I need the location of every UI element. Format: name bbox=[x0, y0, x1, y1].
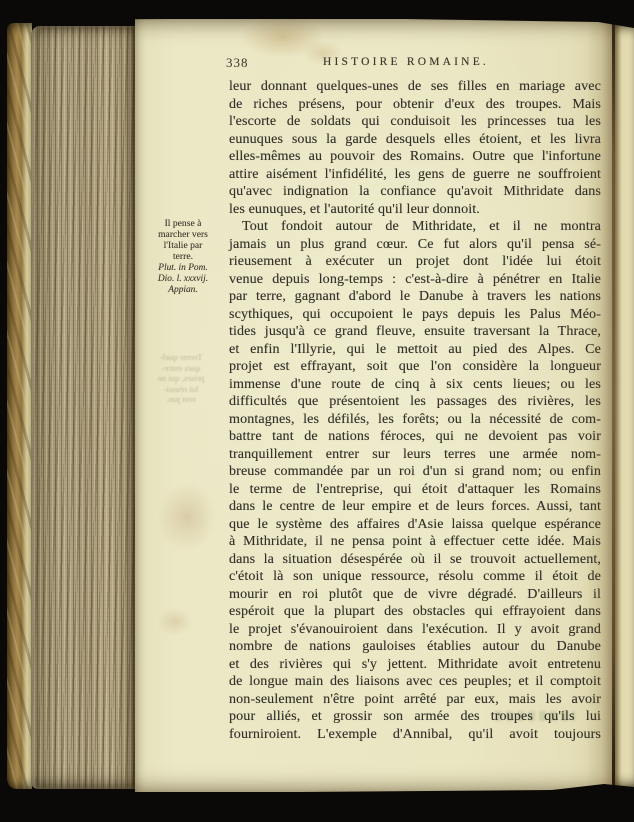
text-line: breuse commandée par un roi d'un si gran… bbox=[229, 463, 601, 481]
text-line: que le système des affaires d'Asie laiss… bbox=[229, 516, 601, 534]
photo-background: 338 HISTOIRE ROMAINE. Il pense àmarcher … bbox=[0, 0, 634, 822]
text-line: par terre, gagnant d'abord le Danube à t… bbox=[229, 288, 601, 306]
show-through-line: ques entre- bbox=[137, 363, 225, 374]
text-line: attire aisément l'infidélité, les gens d… bbox=[229, 166, 601, 184]
text-line: c'étoit là son unique ressource, résolu … bbox=[229, 568, 601, 586]
text-line: les eunuques, et l'autorité qu'il leur d… bbox=[229, 201, 601, 219]
page-stack-fore-edge bbox=[31, 26, 136, 789]
text-line: dans le centre de leur empire et de leur… bbox=[229, 498, 601, 516]
body-text: leur donnant quelques-unes de ses filles… bbox=[229, 78, 601, 743]
text-line: projet est effrayant, soit que l'on cons… bbox=[229, 358, 601, 376]
text-line: immense d'une route de cinq à six cents … bbox=[229, 376, 601, 394]
text-line: espéroit que la plupart des obstacles qu… bbox=[229, 603, 601, 621]
text-line: et des rivières qui s'y jettent. Mithrid… bbox=[229, 656, 601, 674]
text-line: rieusement à exécuter un projet dont l'i… bbox=[229, 253, 601, 271]
margin-note-citation-line: Appian. bbox=[141, 285, 225, 296]
margin-note-line: l'Italie par bbox=[141, 240, 225, 251]
text-line: pour alliés, et grossir son armée des tr… bbox=[229, 708, 601, 726]
text-line: leur donnant quelques-unes de ses filles… bbox=[229, 78, 601, 96]
text-line: qu'avec indignation la confiance qu'avoi… bbox=[229, 183, 601, 201]
facing-page-edge bbox=[615, 23, 634, 789]
text-line: difficultés que présentoient les passage… bbox=[229, 393, 601, 411]
text-line: non-seulement n'être point arrêté par eu… bbox=[229, 691, 601, 709]
show-through-line: Trente quel- bbox=[137, 352, 225, 363]
margin-note-line: marcher vers bbox=[141, 229, 225, 240]
book-page: 338 HISTOIRE ROMAINE. Il pense àmarcher … bbox=[135, 19, 614, 792]
text-line: eunuques sous la garde desquels elles ét… bbox=[229, 131, 601, 149]
paragraph-continuation: leur donnant quelques-unes de ses filles… bbox=[229, 78, 601, 218]
show-through-text: Trente quel-ques entre-prises, qui nelui… bbox=[137, 352, 225, 405]
text-line: venue depuis long-temps : c'est-à-dire à… bbox=[229, 271, 601, 289]
text-line: battre tant de nations féroces, qui ne d… bbox=[229, 428, 601, 446]
page-number: 338 bbox=[226, 55, 249, 71]
book-cover-edge bbox=[7, 23, 32, 789]
show-through-line: lui réussi- bbox=[137, 384, 225, 395]
margin-note-citation-line: Dio. l. xxxvij. bbox=[141, 274, 225, 285]
text-line: et enfin l'Illyrie, qui le mettoit au pi… bbox=[229, 341, 601, 359]
text-line: de longue main des liaisons avec ces peu… bbox=[229, 673, 601, 691]
margin-note-line: Il pense à bbox=[141, 218, 225, 229]
text-line: tides jusqu'à ce grand fleuve, ensuite t… bbox=[229, 323, 601, 341]
margin-note: Il pense àmarcher versl'Italie parterre.… bbox=[141, 218, 225, 296]
text-line: le terme de l'entreprise, qui étoit d'at… bbox=[229, 481, 601, 499]
paragraph-mithridate-plan: Tout fondoit autour de Mithridate, et il… bbox=[229, 218, 601, 743]
margin-note-citations: Plut. in Pom.Dio. l. xxxvij.Appian. bbox=[141, 263, 225, 296]
text-line: dans la situation désespérée où il se tr… bbox=[229, 551, 601, 569]
page-header: 338 HISTOIRE ROMAINE. bbox=[135, 55, 614, 71]
text-line: nombre de nations gauloises établies aut… bbox=[229, 638, 601, 656]
text-line: le projet s'évanouiroient dans l'exécuti… bbox=[229, 621, 601, 639]
margin-note-text: Il pense àmarcher versl'Italie parterre. bbox=[141, 218, 225, 262]
text-line: l'escorte de soldats qui conduisoit les … bbox=[229, 113, 601, 131]
margin-note-citation-line: Plut. in Pom. bbox=[141, 263, 225, 274]
show-through-line: prises, qui ne bbox=[137, 373, 225, 384]
text-line: fourniroient. L'exemple d'Annibal, qu'il… bbox=[229, 726, 601, 744]
text-line: jamais un plus grand cœur. Ce fut alors … bbox=[229, 236, 601, 254]
margin-note-line: terre. bbox=[141, 251, 225, 262]
text-line: de riches présens, pour obtenir d'eux de… bbox=[229, 96, 601, 114]
text-line: tranquillement entrer sur leurs terres u… bbox=[229, 446, 601, 464]
show-through-line: rent pas. bbox=[137, 394, 225, 405]
text-line: elles-mêmes au pouvoir des Romains. Outr… bbox=[229, 148, 601, 166]
text-line: mourir en roi plutôt que de vivre dégrad… bbox=[229, 586, 601, 604]
running-title: HISTOIRE ROMAINE. bbox=[293, 56, 519, 68]
text-line: montagnes, les défilés, les forêts; ou l… bbox=[229, 411, 601, 429]
text-line: à Mithridate, il ne pensa point à effect… bbox=[229, 533, 601, 551]
text-line: scythiques, qui occupoient le pays depui… bbox=[229, 306, 601, 324]
text-line: Tout fondoit autour de Mithridate, et il… bbox=[229, 218, 601, 236]
